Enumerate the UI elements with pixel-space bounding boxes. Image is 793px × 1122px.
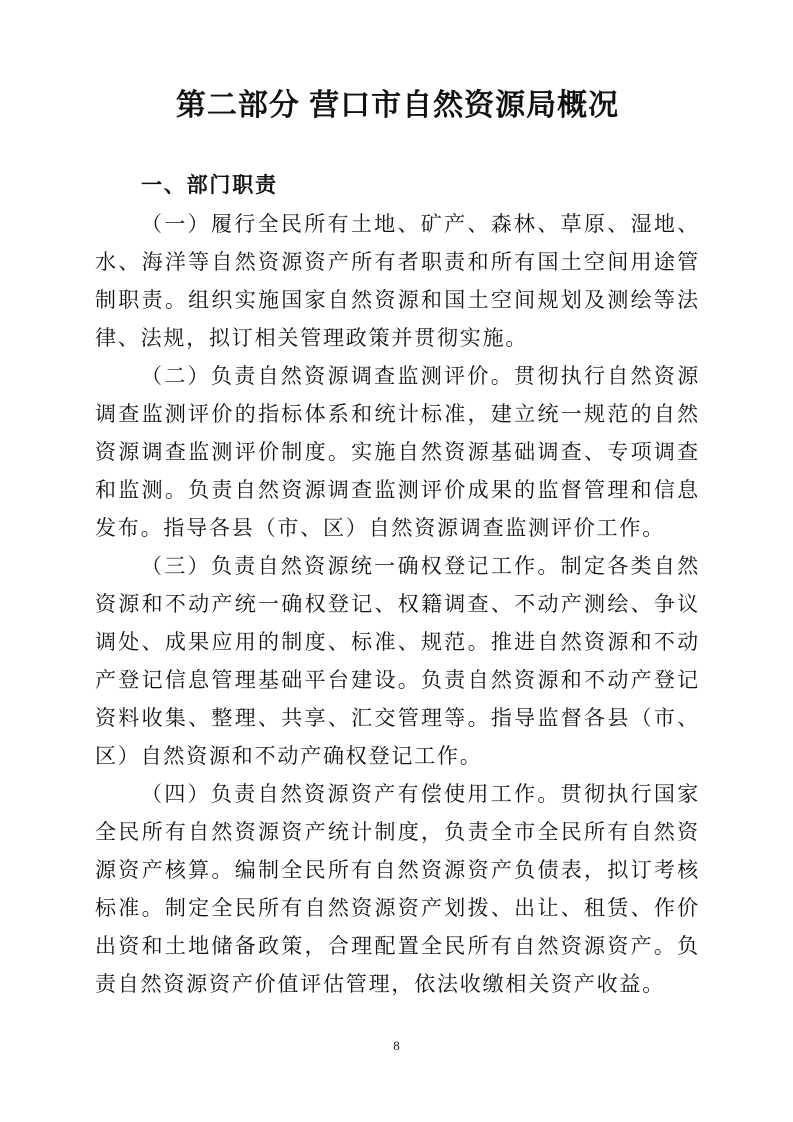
paragraph-duty-1: （一）履行全民所有土地、矿产、森林、草原、湿地、水、海洋等自然资源资产所有者职责…: [95, 205, 700, 357]
page-number: 8: [0, 1038, 793, 1054]
page-title: 第二部分 营口市自然资源局概况: [95, 89, 700, 123]
section-heading: 一、部门职责: [95, 167, 700, 205]
paragraph-duty-3: （三）负责自然资源统一确权登记工作。制定各类自然资源和不动产统一确权登记、权籍调…: [95, 547, 700, 775]
document-page: 第二部分 营口市自然资源局概况 一、部门职责 （一）履行全民所有土地、矿产、森林…: [0, 0, 793, 1122]
paragraph-duty-2: （二）负责自然资源调查监测评价。贯彻执行自然资源调查监测评价的指标体系和统计标准…: [95, 357, 700, 547]
paragraph-duty-4: （四）负责自然资源资产有偿使用工作。贯彻执行国家全民所有自然资源资产统计制度，负…: [95, 775, 700, 1003]
